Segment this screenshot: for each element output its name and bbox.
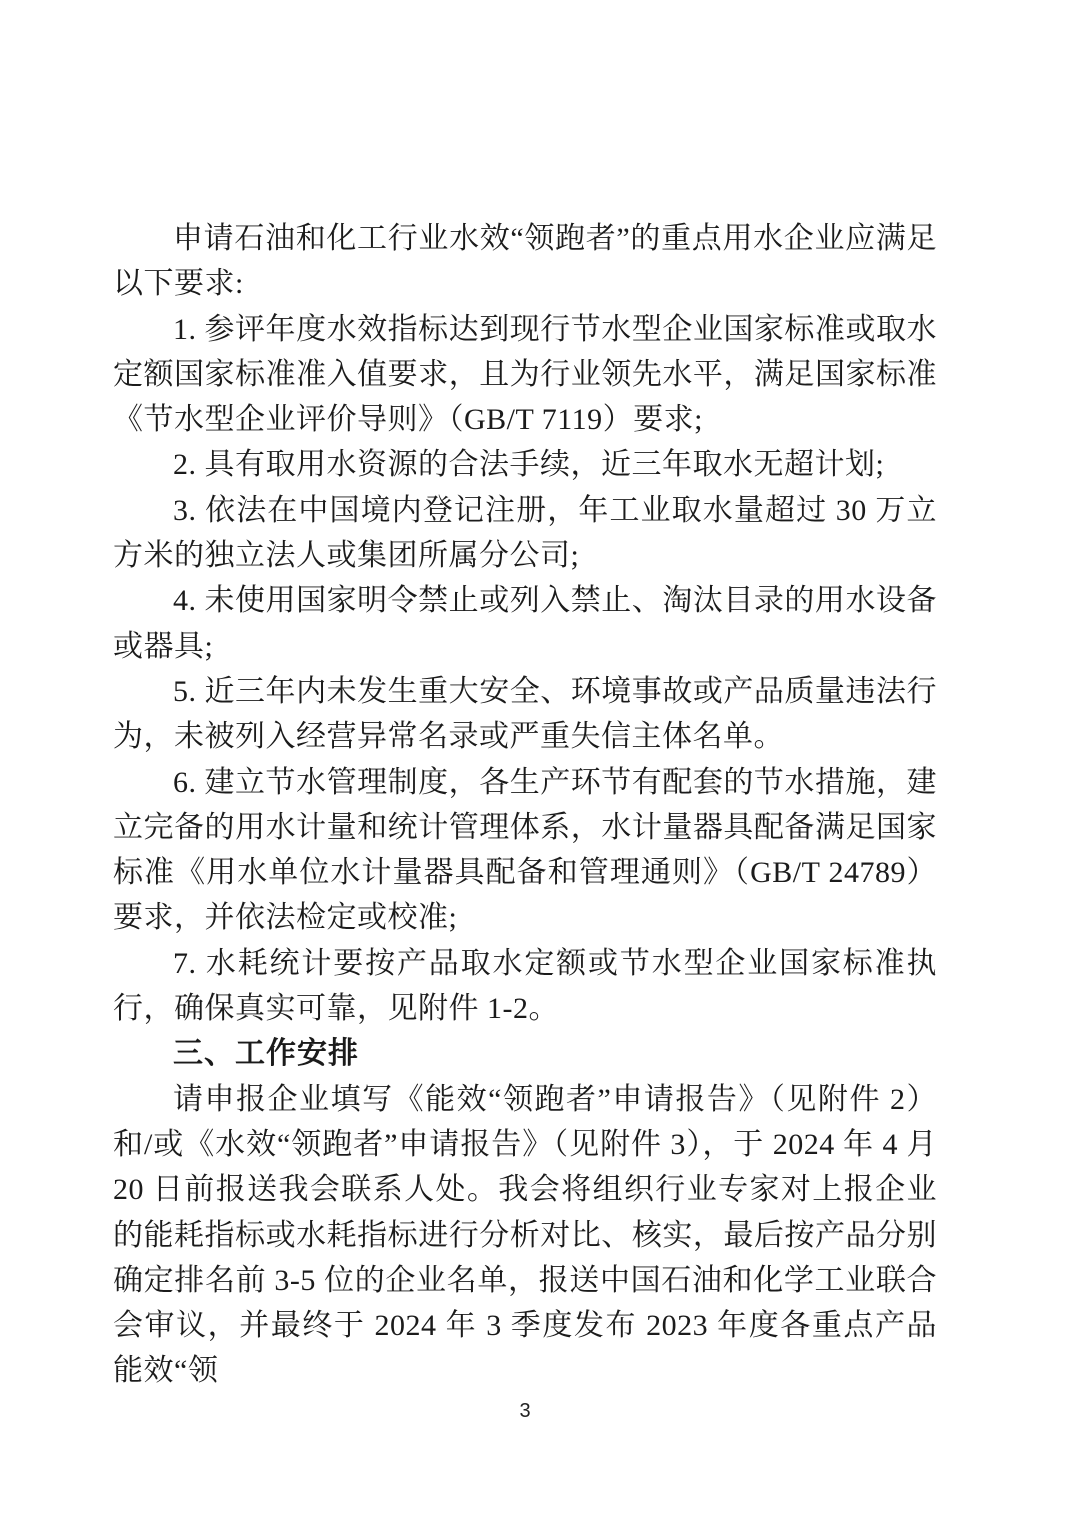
- document-page: 申请石油和化工行业水效“领跑者”的重点用水企业应满足以下要求: 1. 参评年度水…: [0, 0, 1080, 1527]
- paragraph-requirement-5: 5. 近三年内未发生重大安全、环境事故或产品质量违法行为，未被列入经营异常名录或…: [113, 669, 937, 760]
- paragraph-work-arrangement: 请申报企业填写《能效“领跑者”申请报告》（见附件 2）和/或《水效“领跑者”申请…: [113, 1077, 937, 1394]
- paragraph-requirement-4: 4. 未使用国家明令禁止或列入禁止、淘汰目录的用水设备或器具;: [113, 578, 937, 669]
- document-body: 申请石油和化工行业水效“领跑者”的重点用水企业应满足以下要求: 1. 参评年度水…: [113, 216, 937, 1394]
- paragraph-requirement-3: 3. 依法在中国境内登记注册，年工业取水量超过 30 万立方米的独立法人或集团所…: [113, 488, 937, 579]
- paragraph-requirement-7: 7. 水耗统计要按产品取水定额或节水型企业国家标准执行，确保真实可靠，见附件 1…: [113, 941, 937, 1032]
- paragraph-requirement-2: 2. 具有取用水资源的合法手续，近三年取水无超计划;: [113, 442, 937, 487]
- paragraph-requirements-intro: 申请石油和化工行业水效“领跑者”的重点用水企业应满足以下要求:: [113, 216, 937, 307]
- paragraph-requirement-6: 6. 建立节水管理制度，各生产环节有配套的节水措施，建立完备的用水计量和统计管理…: [113, 760, 937, 941]
- paragraph-requirement-1: 1. 参评年度水效指标达到现行节水型企业国家标准或取水定额国家标准准入值要求，且…: [113, 307, 937, 443]
- page-number: 3: [519, 1400, 530, 1423]
- section-heading-work-arrangement: 三、工作安排: [113, 1031, 937, 1076]
